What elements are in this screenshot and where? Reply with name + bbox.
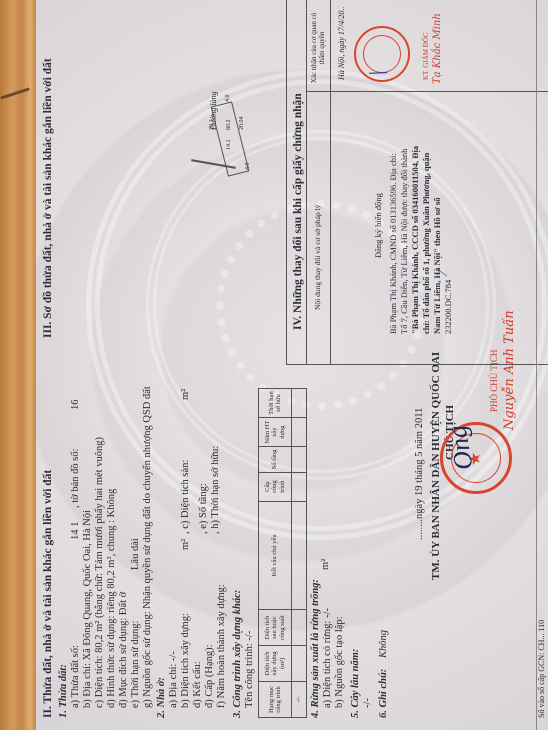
land-use-purpose: đ) Mục đích sử dụng: Đất ở <box>118 592 131 708</box>
change-entry-line-5: Nam Từ Liêm, Hà Nội" theo Hồ sơ số <box>432 198 443 334</box>
other-works-table: Hạng mục công trình Diện tích xây dựng (… <box>258 388 307 718</box>
house-floors-label: , e) Số tầng: <box>198 483 211 534</box>
section2-title: II. Thửa đất, nhà ở và tài sản khác gắn … <box>42 470 55 718</box>
change-entry-line-3: "Bà Phạm Thị Khánh, CCCD số 034160011504… <box>410 146 421 334</box>
table-cell <box>292 418 307 447</box>
section4-col1-header: Nội dung thay đổi và cơ sở pháp lý <box>312 205 325 310</box>
section4-top-border <box>286 0 287 365</box>
table-header-cell: Thời hạn sở hữu <box>259 389 292 418</box>
land-address: b) Địa chỉ: Xã Đông Quang, Quốc Oai, Hà … <box>82 510 95 708</box>
table-header-cell: Diện tích sàn hoặc công suất <box>259 610 292 646</box>
land-use-term-label: e) Thời hạn sử dụng: <box>130 621 143 708</box>
table-header-row: Hạng mục công trình Diện tích xây dựng (… <box>259 389 292 718</box>
house-build-area-label: b) Diện tích xây dựng: <box>180 613 193 708</box>
forest-heading: 4. Rừng sản xuất là rừng trồng: <box>310 579 323 718</box>
land-use-form: d) Hình thức sử dụng: riêng 80,2 m², chu… <box>106 489 119 708</box>
change-entry-line-6: 232200.DC.784 <box>443 280 454 334</box>
map-sheet-label: , tờ bản đồ số: <box>70 448 83 508</box>
table-header-cell: Hạng mục công trình <box>259 681 292 717</box>
change-entry-line-1: Bà Phạm Thị Khánh, CMND số 013136596. Đị… <box>388 153 399 334</box>
change-entry-title: Đăng ký biến động <box>372 193 385 258</box>
house-ownership-term-label: , h) Thời hạn sở hữu: <box>210 446 223 534</box>
house-grade-label: đ) Cấp (Hạng): <box>204 644 217 708</box>
forest-origin: b) Nguồn gốc tạo lập: <box>334 616 347 708</box>
table-cell: -/- <box>292 681 307 717</box>
section4-column-divider <box>306 91 548 92</box>
forest-area: a) Diện tích có rừng: -/- <box>322 608 335 708</box>
land-use-origin: g) Nguồn gốc sử dụng: Nhận quyền sử dụng… <box>142 386 155 708</box>
confirmation-title: KT. GIÁM ĐỐC <box>420 32 433 80</box>
house-heading: 2. Nhà ở: <box>156 677 169 718</box>
perennial-heading: 5. Cây lâu năm: <box>350 649 363 718</box>
table-header-cell: Số tầng <box>259 447 292 472</box>
change-entry-line-4: chỉ: Tổ dân phố số 1, phường Xuân Phương… <box>421 153 432 334</box>
deputy-name: Nguyễn Anh Tuấn <box>504 310 517 430</box>
land-heading: 1. Thửa đất: <box>58 664 71 718</box>
deputy-title: PHÓ CHỦ TỊCH <box>488 350 501 412</box>
table-header-cell: Năm HT xây dựng <box>259 418 292 447</box>
entry-initial-mark: ⁄ <box>436 272 452 274</box>
sketch-dim-left: 4.0 <box>242 163 255 171</box>
table-header-cell: Diện tích xây dựng (m²) <box>259 646 292 682</box>
change-entry-line-2: Tổ 7, Cầu Diễn, Từ Liêm, Hà Nội được tha… <box>399 149 410 334</box>
notes-value: Không <box>378 630 391 658</box>
table-row: -/- <box>292 389 307 718</box>
perennial-value: -/- <box>362 698 375 708</box>
land-area: c) Diện tích: 80,2 m² (bằng chữ: Tám mươ… <box>94 437 107 708</box>
confirmation-name: Tạ Khắc Minh <box>432 13 445 84</box>
house-address: a) Địa chỉ: -/- <box>168 651 181 708</box>
map-sheet-number: 16 <box>70 400 83 411</box>
sketch-dim-top: 20.1 <box>206 120 219 131</box>
table-cell <box>292 501 307 610</box>
section4-header-bottom-border <box>330 0 331 365</box>
table-cell <box>292 472 307 501</box>
section3-title: III. Sơ đồ thửa đất, nhà ở và tài sản kh… <box>42 58 55 338</box>
section4-col2-header: Xác nhận của cơ quan có thẩm quyền <box>310 8 326 88</box>
register-number-fragment: Số vào sổ cấp GCN: CH... 110 <box>536 620 548 718</box>
confirmation-date: Hà Nội, ngày 17/4/20.. <box>336 7 349 80</box>
land-parcel-number: 14 1 <box>70 522 83 540</box>
notes-heading: 6. Ghi chú: <box>378 669 391 718</box>
table-header-cell: Cấp công trình <box>259 472 292 501</box>
land-use-term-value: Lâu dài <box>130 538 143 570</box>
house-build-area-unit: m² <box>180 539 193 550</box>
house-floor-area-unit: m² <box>180 389 193 400</box>
forest-area-unit: m² <box>320 559 333 570</box>
land-parcel-label: a) Thửa đất số: <box>70 645 83 708</box>
land-certificate-page: II. Thửa đất, nhà ở và tài sản khác gắn … <box>36 0 548 730</box>
section4-left-border <box>286 364 548 365</box>
house-floor-area-label: , c) Diện tích sàn: <box>180 460 193 534</box>
house-structure-label: d) Kết cấu: <box>192 661 205 708</box>
table-cell <box>292 646 307 682</box>
house-completion-year-label: f) Năm hoàn thành xây dựng: <box>216 584 229 708</box>
table-cell <box>292 610 307 646</box>
sketch-dim-bottom: 20.04 <box>236 117 249 131</box>
table-cell <box>292 389 307 418</box>
signing-date: ........ngày 19 tháng 5 năm 2011 <box>414 408 427 540</box>
other-works-heading: 3. Công trình xây dựng khác: <box>232 590 245 718</box>
table-cell <box>292 447 307 472</box>
table-header-cell: Kết cấu chủ yếu <box>259 501 292 610</box>
sketch-parcel-area: 80.2 <box>223 120 236 131</box>
sketch-parcel-id: 14.1 <box>223 140 236 151</box>
other-works-name: Tên công trình: -/- <box>244 631 257 708</box>
section4-title: IV. Những thay đổi sau khi cấp giấy chứn… <box>292 93 305 330</box>
section4-header-border <box>306 0 307 365</box>
sketch-dim-right: 4.0 <box>222 95 235 103</box>
